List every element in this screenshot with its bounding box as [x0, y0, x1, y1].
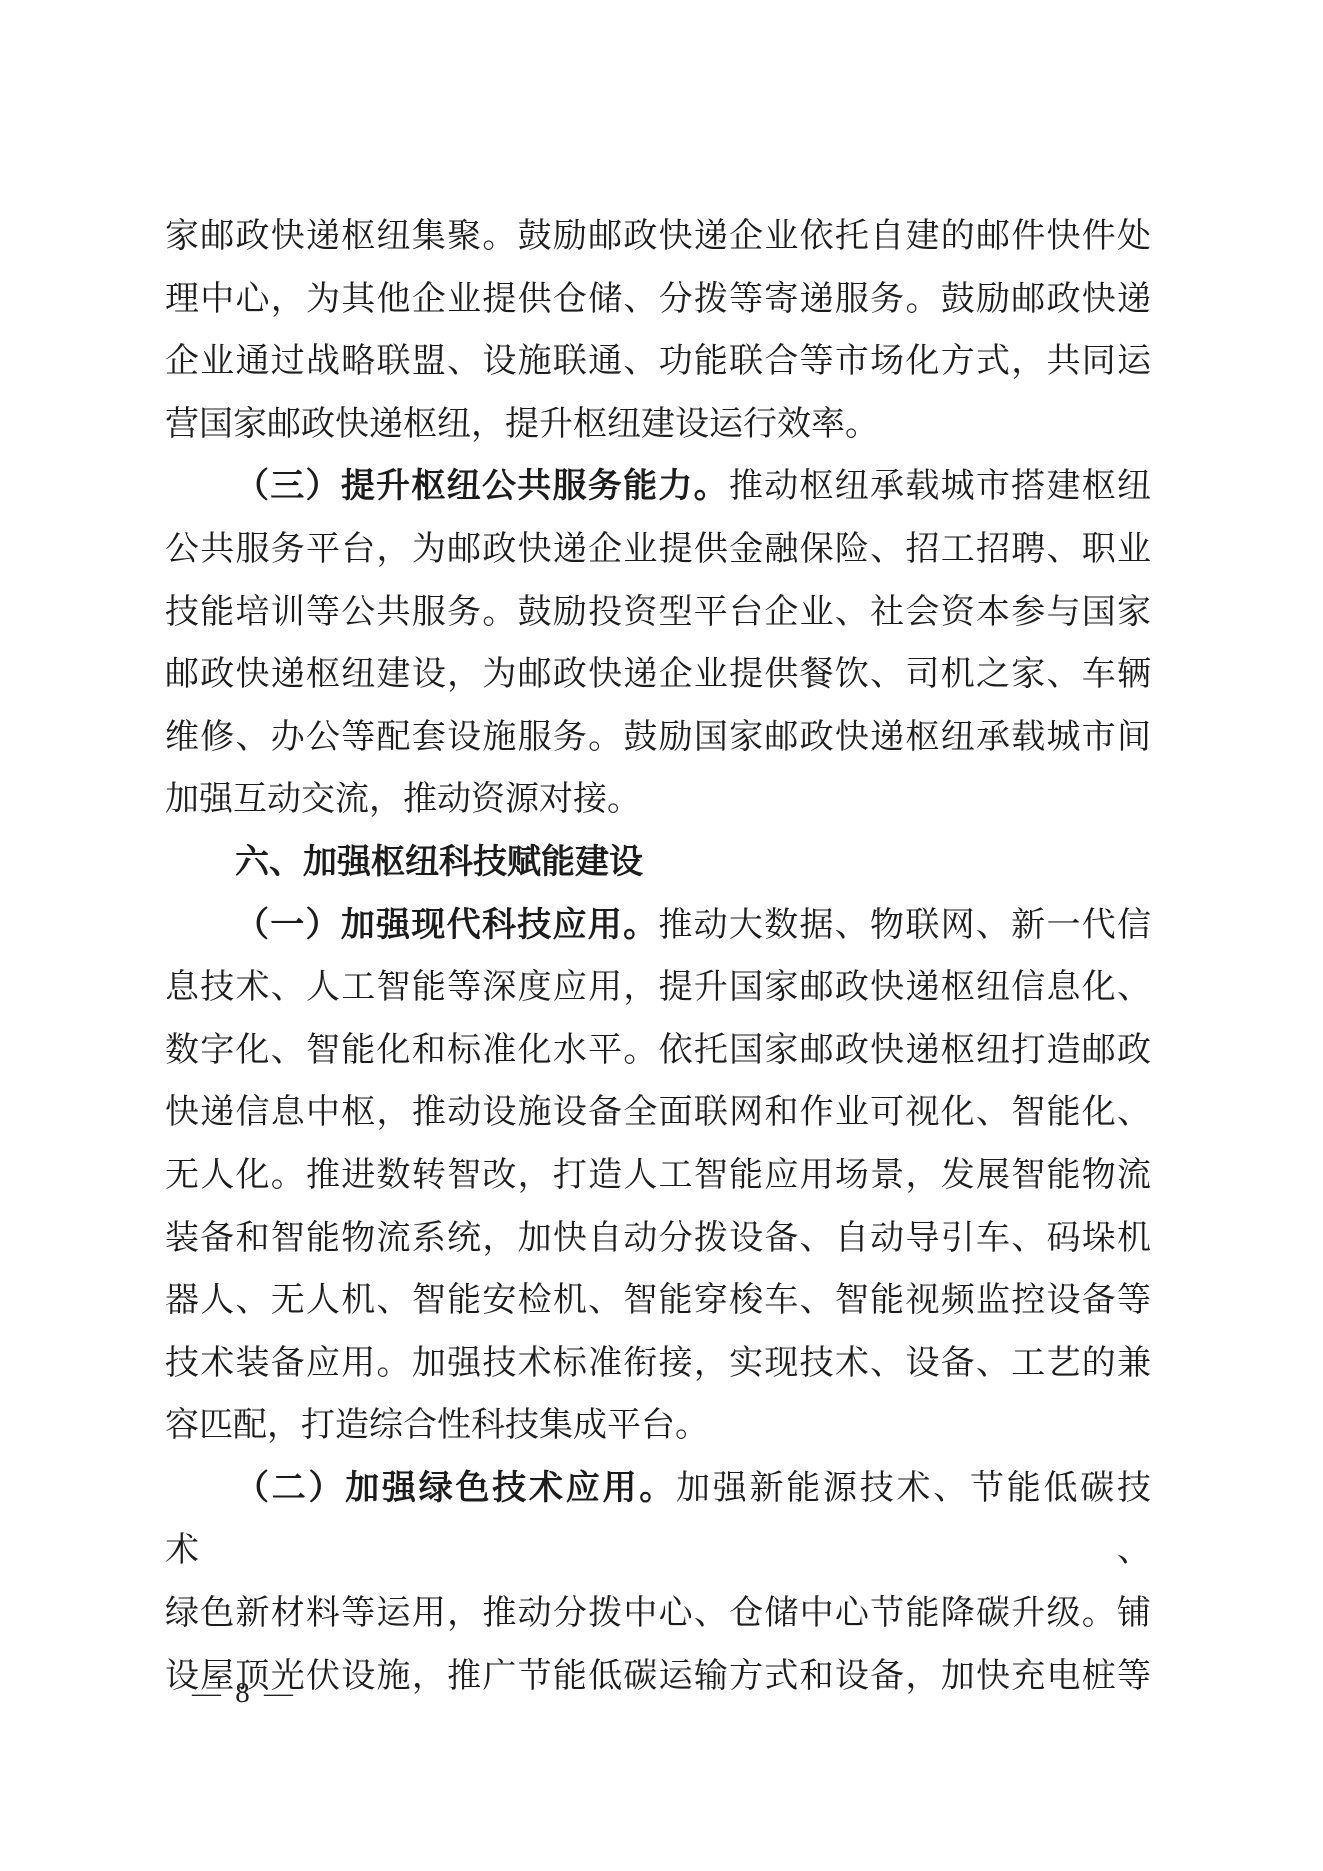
text-line: 设屋顶光伏设施，推广节能低碳运输方式和设备，加快充电桩等: [165, 1646, 1151, 1709]
body-text: 加强互动交流，推动资源对接。: [165, 781, 641, 818]
text-line: 技术装备应用。加强技术标准衔接，实现技术、设备、工艺的兼: [165, 1333, 1151, 1396]
body-text: 快递信息中枢，推动设施设备全面联网和作业可视化、智能化、: [165, 1094, 1151, 1131]
text-line: 维修、办公等配套设施服务。鼓励国家邮政快递枢纽承载城市间: [165, 707, 1151, 770]
document-body: 家邮政快递枢纽集聚。鼓励邮政快递企业依托自建的邮件快件处理中心，为其他企业提供仓…: [165, 206, 1151, 1708]
body-text: 企业通过战略联盟、设施联通、功能联合等市场化方式，共同运: [165, 343, 1151, 380]
text-line: 快递信息中枢，推动设施设备全面联网和作业可视化、智能化、: [165, 1082, 1151, 1145]
body-text: 维修、办公等配套设施服务。鼓励国家邮政快递枢纽承载城市间: [165, 719, 1151, 756]
text-line: （一）加强现代科技应用。推动大数据、物联网、新一代信: [165, 895, 1151, 958]
heading-text: 六、加强枢纽科技赋能建设: [235, 844, 643, 881]
document-page: 家邮政快递枢纽集聚。鼓励邮政快递企业依托自建的邮件快件处理中心，为其他企业提供仓…: [0, 0, 1323, 1871]
text-line: 加强互动交流，推动资源对接。: [165, 769, 1151, 832]
body-text: 绿色新材料等运用，推动分拨中心、仓储中心节能降碳升级。铺: [165, 1595, 1151, 1632]
body-text: 推动大数据、物联网、新一代信: [658, 907, 1151, 944]
text-line: 容匹配，打造综合性科技集成平台。: [165, 1395, 1151, 1458]
text-line: 理中心，为其他企业提供仓储、分拨等寄递服务。鼓励邮政快递: [165, 269, 1151, 332]
text-line: （三）提升枢纽公共服务能力。推动枢纽承载城市搭建枢纽: [165, 456, 1151, 519]
body-text: 器人、无人机、智能安检机、智能穿梭车、智能视频监控设备等: [165, 1282, 1151, 1319]
paragraph-lead: （三）提升枢纽公共服务能力。: [235, 468, 729, 505]
section-heading: 六、加强枢纽科技赋能建设: [165, 832, 1151, 895]
text-line: 数字化、智能化和标准化水平。依托国家邮政快递枢纽打造邮政: [165, 1020, 1151, 1083]
body-text: 装备和智能物流系统，加快自动分拨设备、自动导引车、码垛机: [165, 1220, 1151, 1257]
body-text: 容匹配，打造综合性科技集成平台。: [165, 1407, 709, 1444]
body-text: 无人化。推进数转智改，打造人工智能应用场景，发展智能物流: [165, 1157, 1151, 1194]
body-text: 理中心，为其他企业提供仓储、分拨等寄递服务。鼓励邮政快递: [165, 281, 1151, 318]
body-text: 营国家邮政快递枢纽，提升枢纽建设运行效率。: [165, 406, 879, 443]
text-line: 绿色新材料等运用，推动分拨中心、仓储中心节能降碳升级。铺: [165, 1583, 1151, 1646]
body-text: 技术装备应用。加强技术标准衔接，实现技术、设备、工艺的兼: [165, 1345, 1151, 1382]
text-line: 息技术、人工智能等深度应用，提升国家邮政快递枢纽信息化、: [165, 957, 1151, 1020]
body-text: 数字化、智能化和标准化水平。依托国家邮政快递枢纽打造邮政: [165, 1032, 1151, 1069]
text-line: （二）加强绿色技术应用。加强新能源技术、节能低碳技术、: [165, 1458, 1151, 1583]
text-line: 家邮政快递枢纽集聚。鼓励邮政快递企业依托自建的邮件快件处: [165, 206, 1151, 269]
paragraph-lead: （一）加强现代科技应用。: [235, 907, 658, 944]
text-line: 无人化。推进数转智改，打造人工智能应用场景，发展智能物流: [165, 1145, 1151, 1208]
body-text: 设屋顶光伏设施，推广节能低碳运输方式和设备，加快充电桩等: [165, 1658, 1151, 1695]
text-line: 装备和智能物流系统，加快自动分拨设备、自动导引车、码垛机: [165, 1208, 1151, 1271]
text-line: 技能培训等公共服务。鼓励投资型平台企业、社会资本参与国家: [165, 582, 1151, 645]
body-text: 息技术、人工智能等深度应用，提升国家邮政快递枢纽信息化、: [165, 969, 1151, 1006]
text-line: 器人、无人机、智能安检机、智能穿梭车、智能视频监控设备等: [165, 1270, 1151, 1333]
text-line: 企业通过战略联盟、设施联通、功能联合等市场化方式，共同运: [165, 331, 1151, 394]
body-text: 技能培训等公共服务。鼓励投资型平台企业、社会资本参与国家: [165, 594, 1151, 631]
body-text: 推动枢纽承载城市搭建枢纽: [729, 468, 1151, 505]
body-text: 公共服务平台，为邮政快递企业提供金融保险、招工招聘、职业: [165, 531, 1151, 568]
paragraph-lead: （二）加强绿色技术应用。: [235, 1470, 676, 1507]
text-line: 公共服务平台，为邮政快递企业提供金融保险、招工招聘、职业: [165, 519, 1151, 582]
body-text: 邮政快递枢纽建设，为邮政快递企业提供餐饮、司机之家、车辆: [165, 656, 1151, 693]
text-line: 营国家邮政快递枢纽，提升枢纽建设运行效率。: [165, 394, 1151, 457]
page-number: — 8 —: [192, 1676, 293, 1710]
body-text: 家邮政快递枢纽集聚。鼓励邮政快递企业依托自建的邮件快件处: [165, 218, 1151, 255]
text-line: 邮政快递枢纽建设，为邮政快递企业提供餐饮、司机之家、车辆: [165, 644, 1151, 707]
